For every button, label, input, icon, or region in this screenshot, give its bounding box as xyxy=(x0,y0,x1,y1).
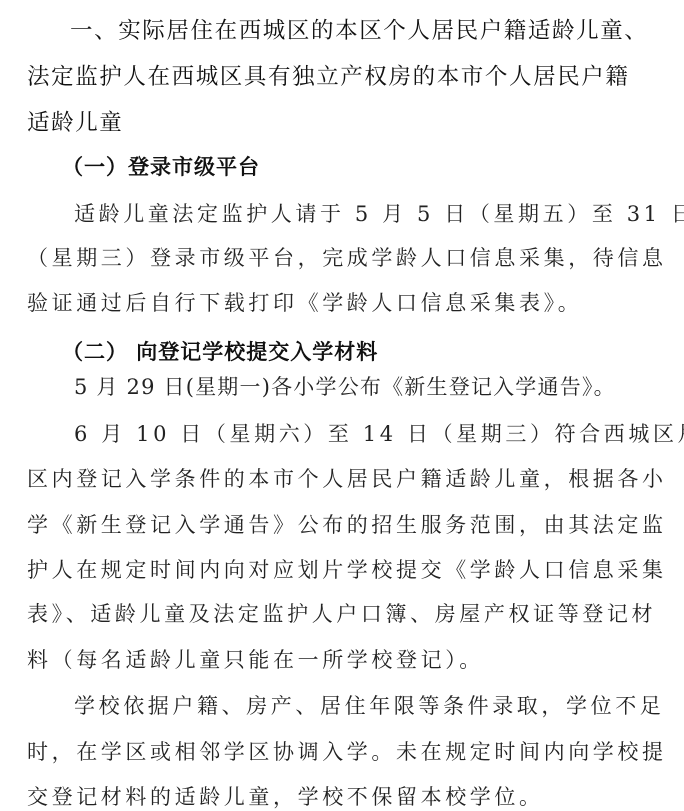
paragraph-line: 学《新生登记入学通告》公布的招生服务范围，由其法定监 xyxy=(27,509,684,539)
paragraph-line: 6 月 10 日（星期六）至 14 日（星期三）符合西城区片 xyxy=(74,418,684,448)
subsection-heading: （一）登录市级平台 xyxy=(62,151,684,181)
section-title-line: 法定监护人在西城区具有独立产权房的本市个人居民户籍 xyxy=(27,59,684,91)
section-title-line: 适龄儿童 xyxy=(27,105,684,137)
notice-line: 5 月 29 日(星期一)各小学公布《新生登记入学通告》。 xyxy=(74,371,684,401)
paragraph-line: 交登记材料的适龄儿童，学校不保留本校学位。 xyxy=(27,781,684,811)
paragraph-line: 时，在学区或相邻学区协调入学。未在规定时间内向学校提 xyxy=(27,736,684,766)
paragraph-line: 表》、适龄儿童及法定监护人户口簿、房屋产权证等登记材 xyxy=(27,598,684,628)
paragraph-line: 学校依据户籍、房产、居住年限等条件录取，学位不足 xyxy=(74,690,684,720)
paragraph-line: （星期三）登录市级平台，完成学龄人口信息采集，待信息 xyxy=(27,242,684,272)
paragraph-line: 护人在规定时间内向对应划片学校提交《学龄人口信息采集 xyxy=(27,554,684,584)
paragraph-line: 料（每名适龄儿童只能在一所学校登记）。 xyxy=(27,644,684,674)
section-title-line: 一、实际居住在西城区的本区个人居民户籍适龄儿童、 xyxy=(70,13,684,45)
paragraph-line: 验证通过后自行下载打印《学龄人口信息采集表》。 xyxy=(27,287,684,317)
paragraph-line: 区内登记入学条件的本市个人居民户籍适龄儿童，根据各小 xyxy=(27,463,684,493)
paragraph-line: 适龄儿童法定监护人请于 5 月 5 日（星期五）至 31 日 xyxy=(74,198,684,228)
subsection-heading: （二） 向登记学校提交入学材料 xyxy=(62,336,684,366)
